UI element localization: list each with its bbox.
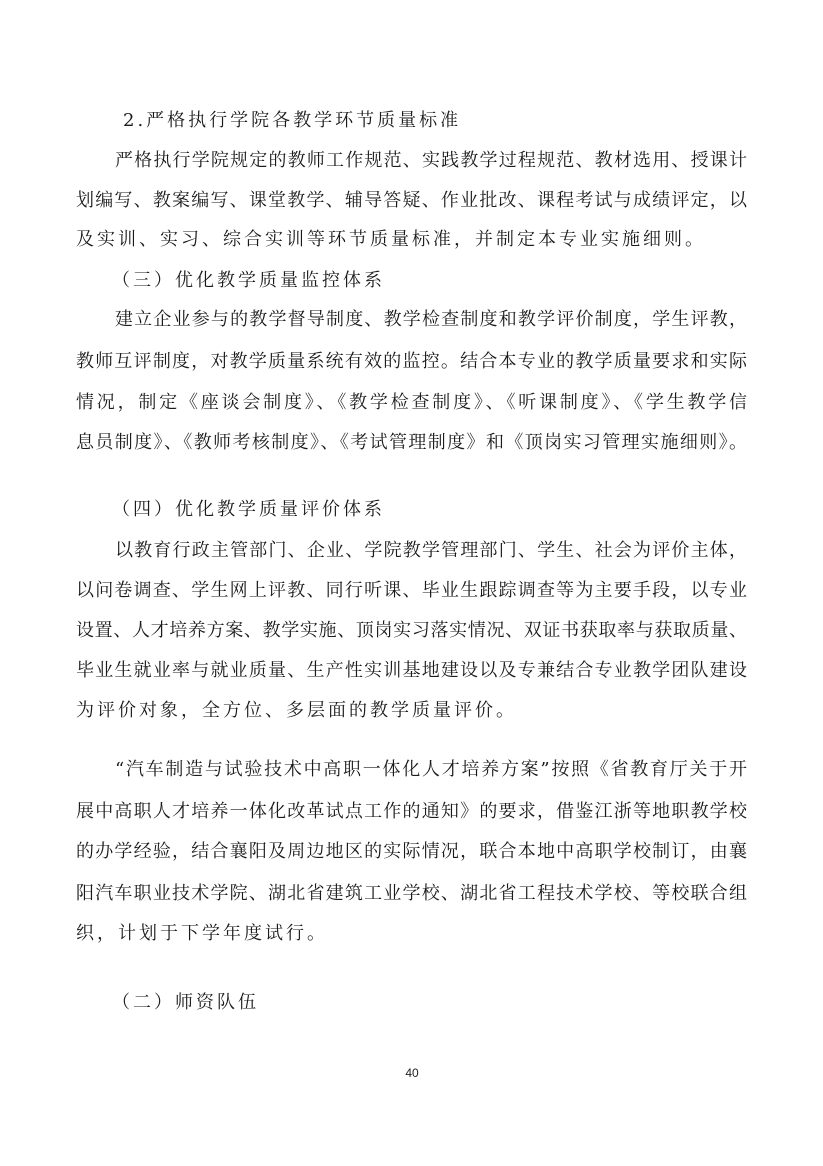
- paragraph-line: “汽车制造与试验技术中高职一体化人才培养方案”按照《省教育厅关于开: [115, 758, 747, 782]
- section-heading: （二）师资队伍: [112, 991, 259, 1015]
- paragraph-line: 息员制度》、《教师考核制度》、《考试管理制度》和《顶岗实习管理实施细则》。: [76, 431, 747, 455]
- section-heading: 2.严格执行学院各教学环节质量标准: [123, 109, 461, 133]
- paragraph-line: 织，计划于下学年度试行。: [76, 922, 328, 946]
- section-heading: （三）优化教学质量监控体系: [112, 269, 385, 293]
- paragraph-line: 及实训、实习、综合实训等环节质量标准，并制定本专业实施细则。: [76, 228, 706, 252]
- paragraph-line: 以教育行政主管部门、企业、学院教学管理部门、学生、社会为评价主体，: [115, 539, 747, 563]
- paragraph-line: 为评价对象，全方位、多层面的教学质量评价。: [76, 699, 517, 723]
- paragraph-line: 教师互评制度，对教学质量系统有效的监控。结合本专业的教学质量要求和实际: [76, 350, 747, 374]
- document-page: 2.严格执行学院各教学环节质量标准 严格执行学院规定的教师工作规范、实践教学过程…: [0, 0, 823, 1166]
- paragraph-line: 阳汽车职业技术学院、湖北省建筑工业学校、湖北省工程技术学校、等校联合组: [76, 882, 747, 906]
- paragraph-line: 严格执行学院规定的教师工作规范、实践教学过程规范、教材选用、授课计: [115, 149, 747, 173]
- paragraph-line: 毕业生就业率与就业质量、生产性实训基地建设以及专兼结合专业教学团队建设: [76, 659, 747, 683]
- paragraph-line: 情况，制定《座谈会制度》、《教学检查制度》、《听课制度》、《学生教学信: [76, 391, 747, 415]
- paragraph-line: 的办学经验，结合襄阳及周边地区的实际情况，联合本地中高职学校制订，由襄: [76, 840, 747, 864]
- paragraph-line: 展中高职人才培养一体化改革试点工作的通知》的要求，借鉴江浙等地职教学校: [76, 800, 747, 824]
- section-heading: （四）优化教学质量评价体系: [112, 498, 385, 522]
- page-number: 40: [400, 1066, 424, 1080]
- paragraph-line: 建立企业参与的教学督导制度、教学检查制度和教学评价制度，学生评教，: [115, 308, 747, 332]
- paragraph-line: 设置、人才培养方案、教学实施、顶岗实习落实情况、双证书获取率与获取质量、: [76, 619, 747, 643]
- paragraph-line: 划编写、教案编写、课堂教学、辅导答疑、作业批改、课程考试与成绩评定，以: [76, 189, 747, 213]
- paragraph-line: 以问卷调查、学生网上评教、同行听课、毕业生跟踪调查等为主要手段，以专业: [76, 579, 747, 603]
